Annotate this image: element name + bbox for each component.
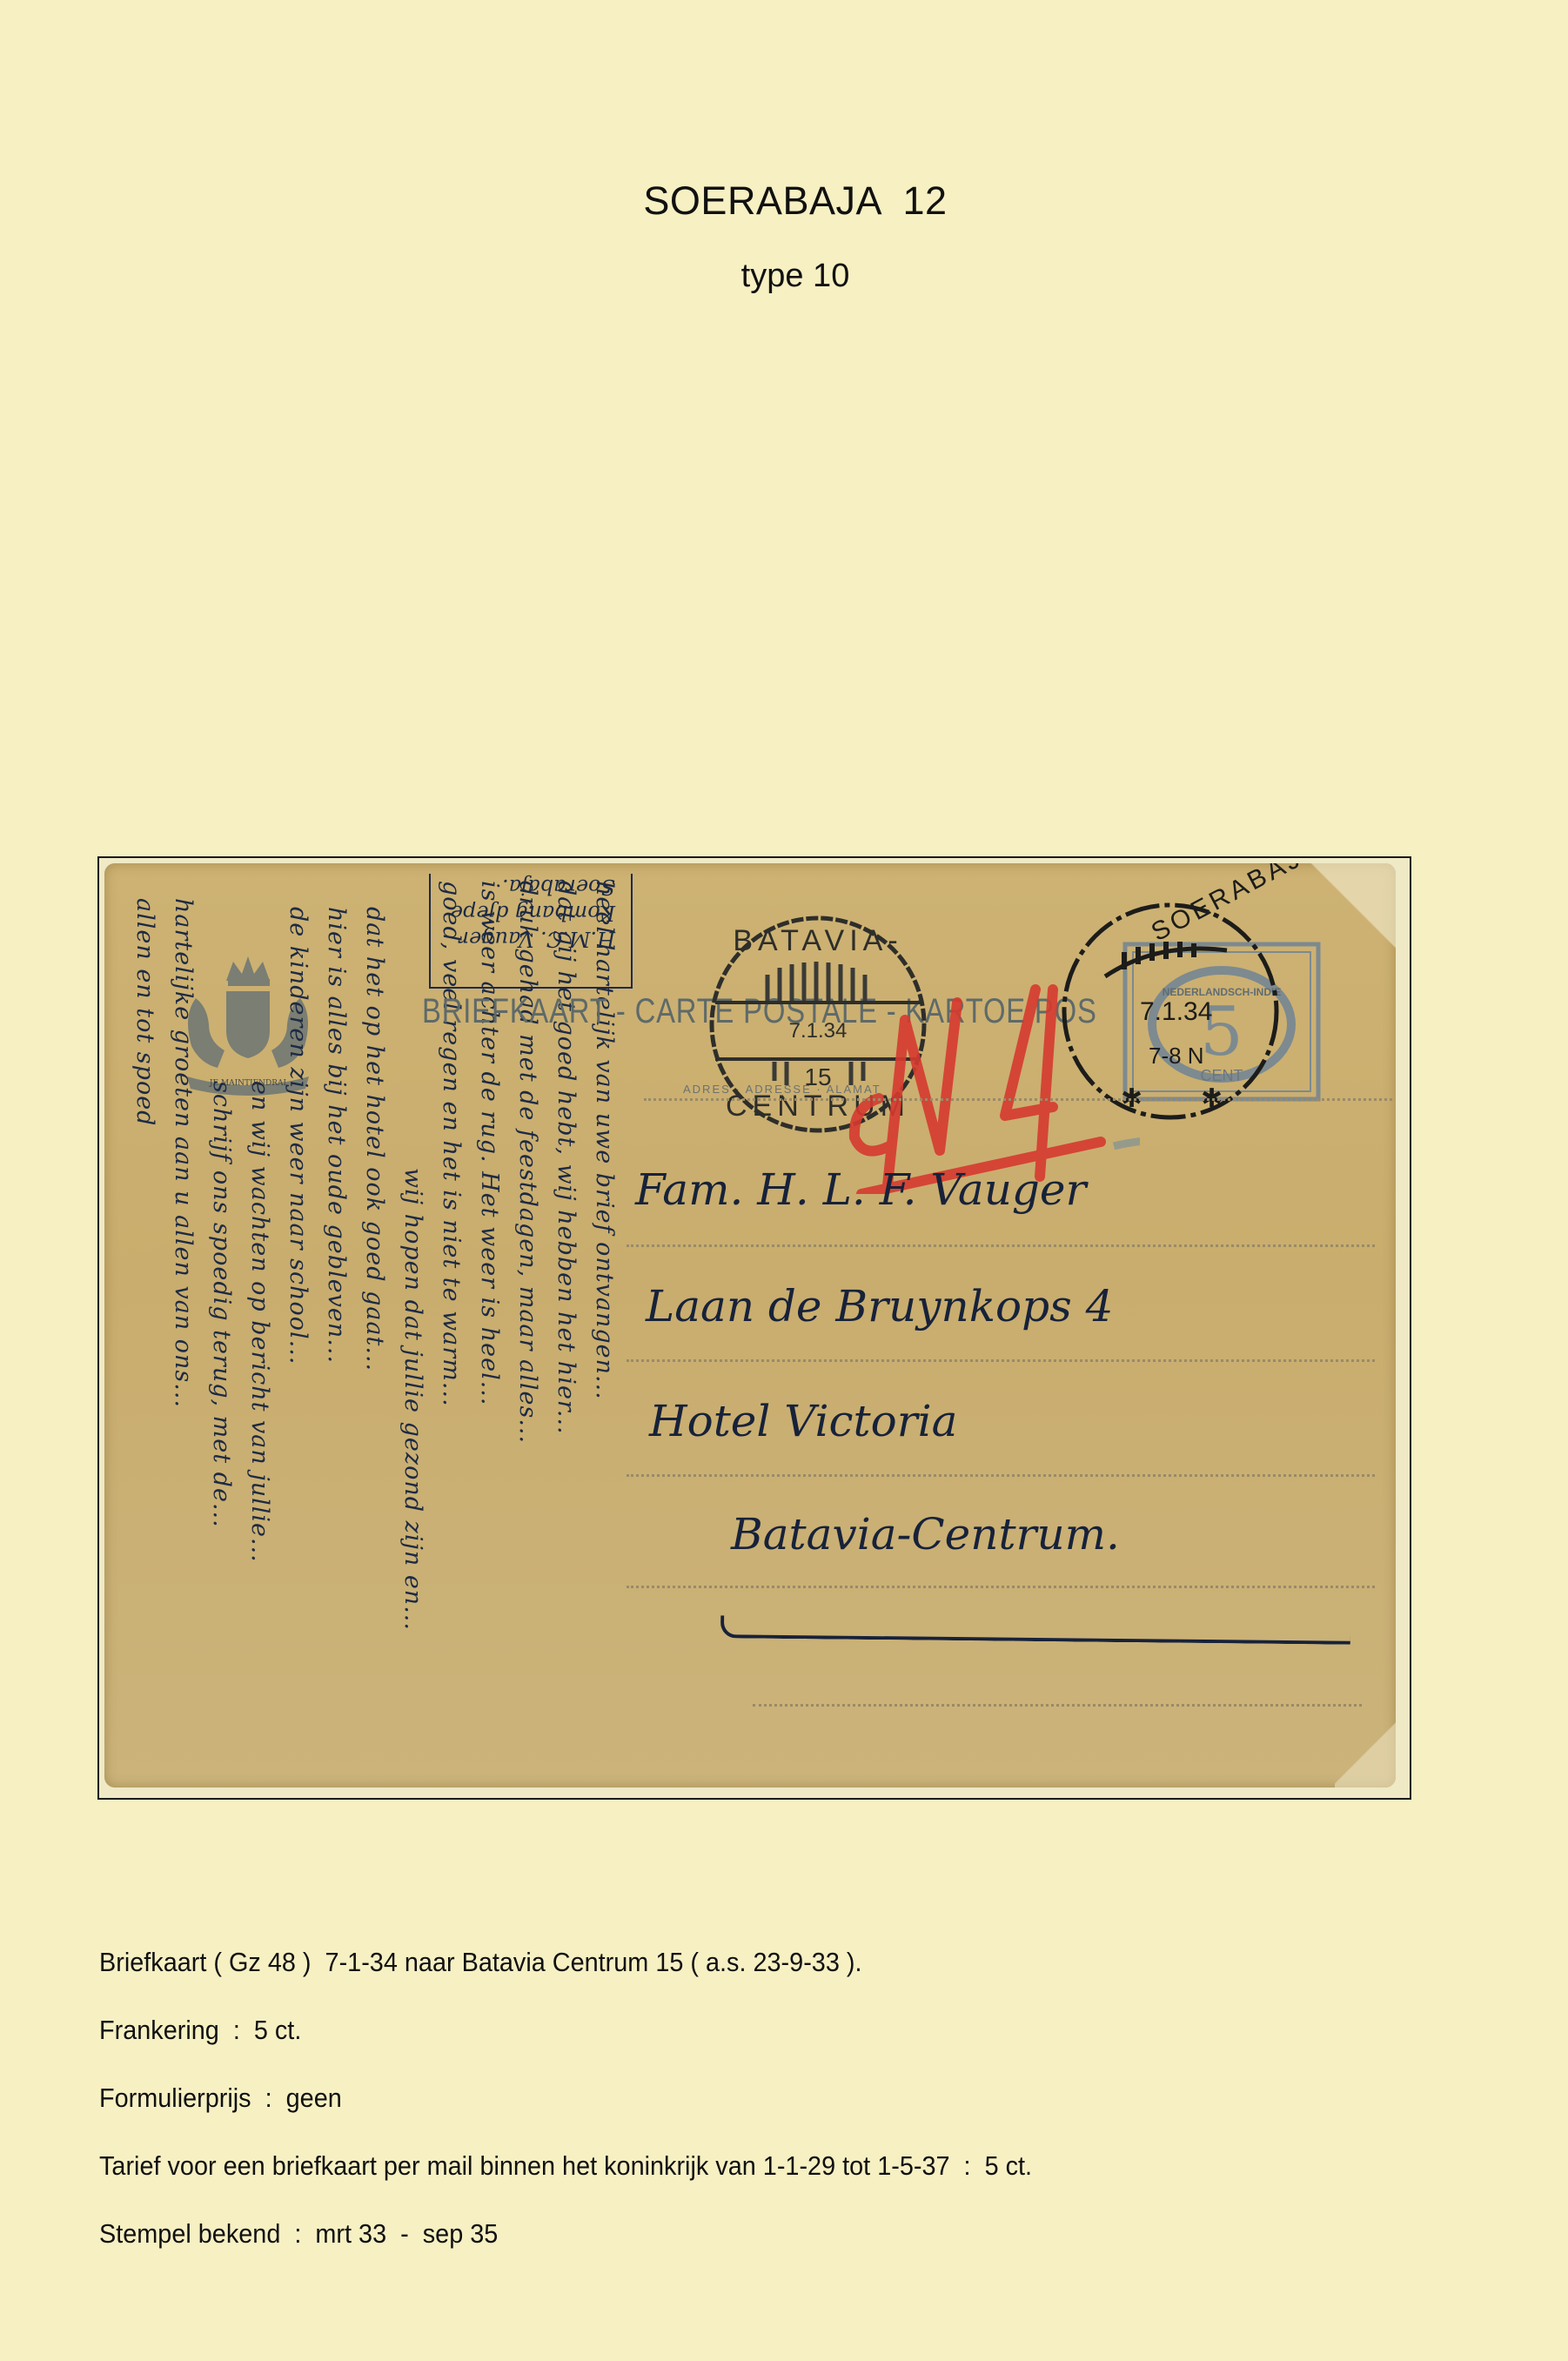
description-notes: Briefkaart ( Gz 48 ) 7-1-34 naar Batavia… <box>99 1928 1102 2268</box>
message-line: wij hopen dat jullie gezond zijn en... <box>397 1168 426 1777</box>
sender-box: Soerabaja. Kombang djepe H.M.C. Vauger <box>429 874 633 989</box>
address-dotted-line <box>627 1359 1375 1362</box>
address-underline <box>720 1615 1350 1645</box>
message-line: de kinderen zijn weer naar school... <box>282 907 312 1788</box>
sender-line: H.M.C. Vauger <box>431 926 631 952</box>
message-line: allen en tot spoedig weerziens... <box>129 898 158 1124</box>
message-line: en wij wachten op bericht van jullie... <box>244 1081 273 1777</box>
message-line: schrijf ons spoedig terug, met de... <box>205 1081 235 1777</box>
note-stempel: Stempel bekend : mrt 33 - sep 35 <box>99 2200 1032 2268</box>
address-dotted-line <box>627 1244 1375 1247</box>
page-subtitle: type 10 <box>0 258 1568 295</box>
address-line-4: Batavia-Centrum. <box>731 1509 1396 1559</box>
address-dotted-line <box>627 1586 1375 1588</box>
address-line-3: Hotel Victoria <box>649 1396 1363 1446</box>
red-n4-marking <box>827 968 1140 1194</box>
address-dotted-line <box>753 1704 1362 1707</box>
card-fold-corner <box>1335 1666 1396 1788</box>
svg-text:SOERABAJA: SOERABAJA <box>1147 863 1326 947</box>
svg-text:7-8 N: 7-8 N <box>1149 1043 1204 1069</box>
note-frankering: Frankering : 5 ct. <box>99 1996 1032 2064</box>
message-line: dat het op het hotel ook goed gaat... <box>358 907 388 1788</box>
address-dotted-line <box>627 1474 1375 1477</box>
note-formulierprijs: Formulierprijs : geen <box>99 2064 1032 2132</box>
page-title: SOERABAJA 12 <box>0 178 1568 224</box>
note-briefkaart: Briefkaart ( Gz 48 ) 7-1-34 naar Batavia… <box>99 1928 1032 1996</box>
note-tarief: Tarief voor een briefkaart per mail binn… <box>99 2132 1032 2200</box>
message-line: hier is alles bij het oude gebleven... <box>320 907 350 1788</box>
svg-text:BATAVIA-: BATAVIA- <box>733 924 902 957</box>
address-line-2: Laan de Bruynkops 4 <box>646 1281 1359 1331</box>
postcard: JE MAINTIENDRAI heel hartelijk van uwe b… <box>104 863 1396 1788</box>
address-line-1: Fam. H. L. F. Vauger <box>635 1164 1349 1215</box>
svg-text:7.1.34: 7.1.34 <box>1140 997 1212 1026</box>
address-dotted-line <box>644 1098 1392 1101</box>
sender-line: Soerabaja. <box>431 874 631 900</box>
message-line: hartelijke groeten aan u allen van ons..… <box>167 898 197 1788</box>
sender-line: Kombang djepe <box>431 900 631 926</box>
